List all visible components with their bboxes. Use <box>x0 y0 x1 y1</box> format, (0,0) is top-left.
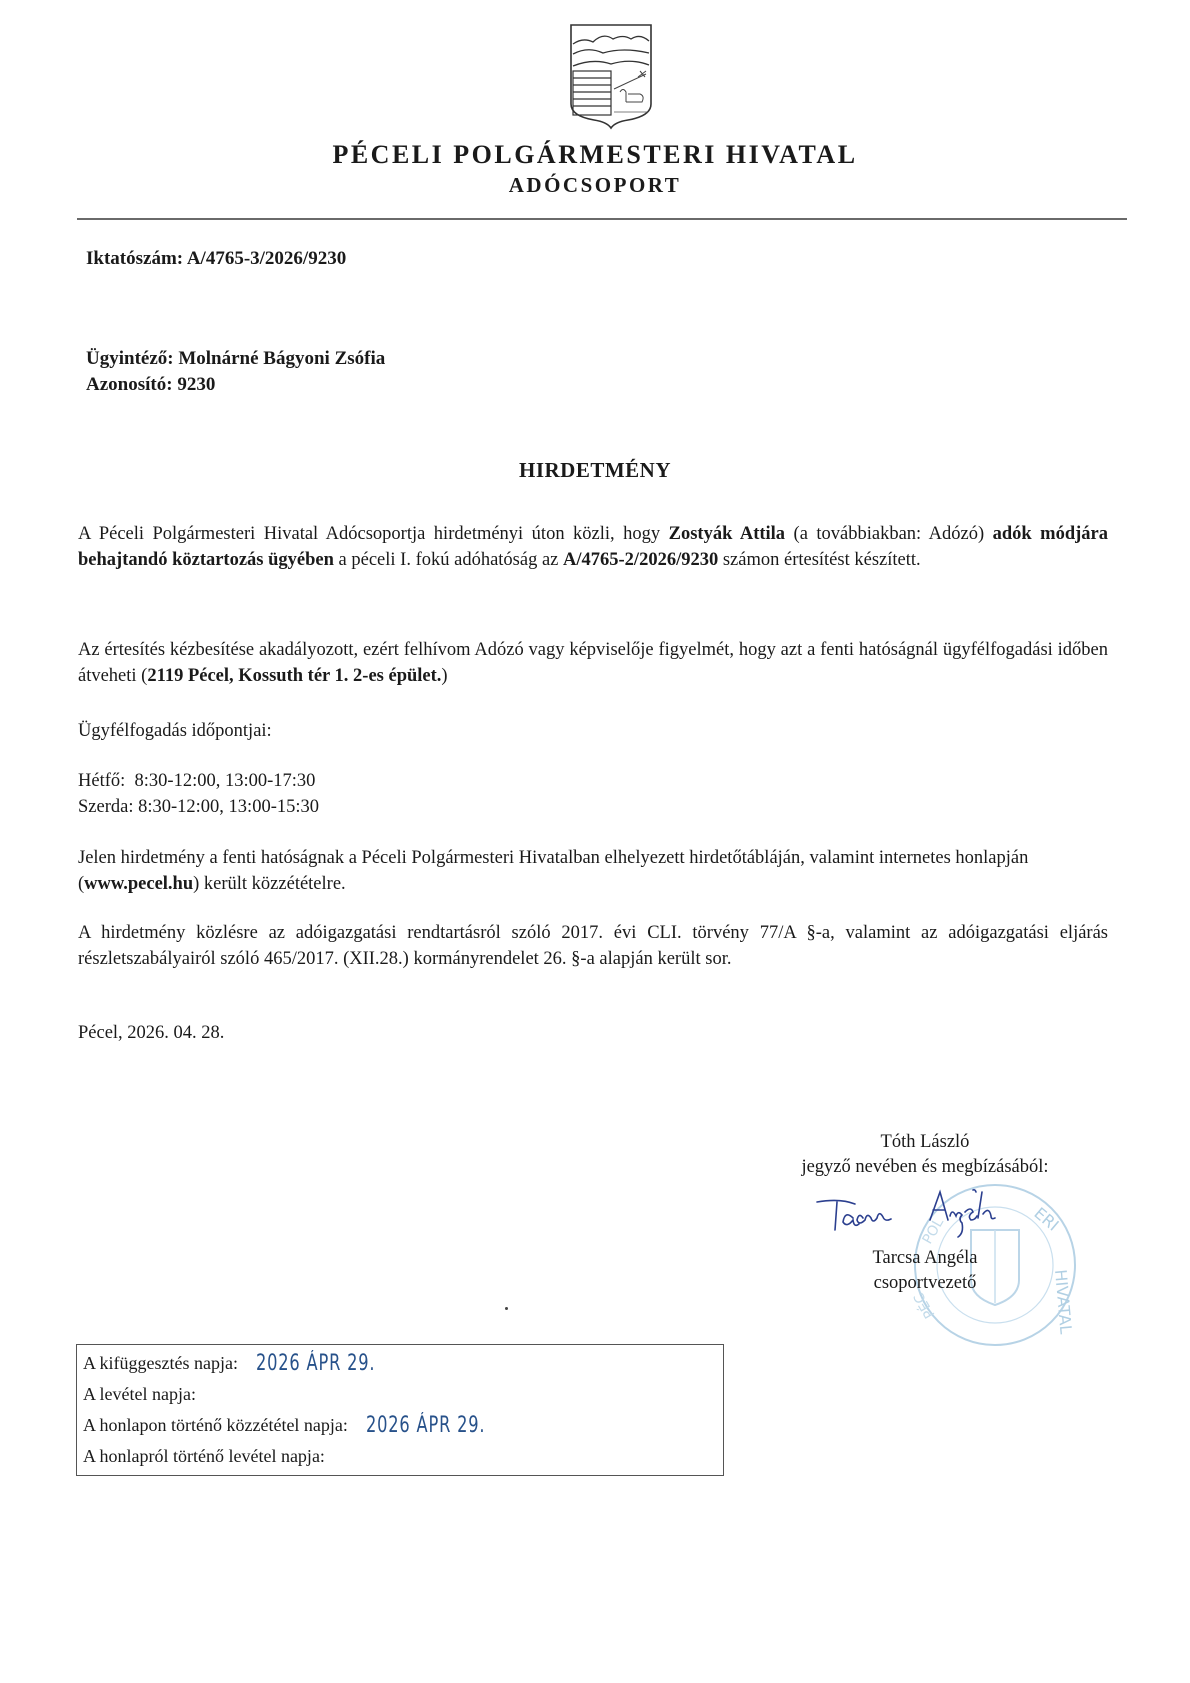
signer-title: csoportvezető <box>760 1271 1090 1296</box>
organization-name: PÉCELI POLGÁRMESTERI HIVATAL <box>0 140 1190 170</box>
taxpayer-name: Zostyák Attila <box>669 524 785 544</box>
date-stamp: 2026 ÁPR 29. <box>256 1351 375 1376</box>
posting-record-table: A kifüggesztés napja: 2026 ÁPR 29. A lev… <box>76 1344 724 1476</box>
registration-label: Iktatószám: <box>86 248 183 269</box>
web-publication-row: A honlapon történő közzététel napja: 202… <box>83 1410 717 1441</box>
scan-speck <box>505 1307 508 1310</box>
p1-text-1: A Péceli Polgármesteri Hivatal Adócsopor… <box>78 524 669 544</box>
day-label: Szerda: <box>78 797 133 817</box>
header-divider <box>77 218 1127 220</box>
p4-text-2: ) került közzétételre. <box>193 874 346 894</box>
date-stamp: 2026 ÁPR 29. <box>366 1413 485 1438</box>
signer-name: Tarcsa Angéla <box>760 1246 1090 1271</box>
row-label: A kifüggesztés napja: <box>83 1353 238 1374</box>
id-value: 9230 <box>177 374 215 395</box>
id-label: Azonosító: <box>86 374 173 395</box>
place-date: Pécel, 2026. 04. 28. <box>78 1020 224 1046</box>
paragraph-delivery: Az értesítés kézbesítése akadályozott, e… <box>78 637 1108 689</box>
p1-text-3: a péceli I. fokú adóhatóság az <box>334 550 563 570</box>
officer-label: Ügyintéző: <box>86 348 174 369</box>
row-label: A honlapon történő közzététel napja: <box>83 1415 348 1436</box>
case-officer: Ügyintéző: Molnárné Bágyoni Zsófia <box>86 348 385 370</box>
coat-of-arms-icon <box>568 22 654 130</box>
day-label: Hétfő: <box>78 771 125 791</box>
paragraph-legal-basis: A hirdetmény közlésre az adóigazgatási r… <box>78 920 1108 972</box>
office-address: 2119 Pécel, Kossuth tér 1. 2-es épület. <box>147 666 441 686</box>
p1-text-2: (a továbbiakban: Adózó) <box>785 524 993 544</box>
reference-number: A/4765-2/2026/9230 <box>563 550 718 570</box>
posting-row: A kifüggesztés napja: 2026 ÁPR 29. <box>83 1348 717 1379</box>
officer-name: Molnárné Bágyoni Zsófia <box>178 348 385 369</box>
office-hours-monday: Hétfő: 8:30-12:00, 13:00-17:30 <box>78 768 315 794</box>
registration-number: Iktatószám: A/4765-3/2026/9230 <box>86 248 346 270</box>
row-label: A honlapról történő levétel napja: <box>83 1446 325 1467</box>
officer-id: Azonosító: 9230 <box>86 374 215 396</box>
web-removal-row: A honlapról történő levétel napja: <box>83 1441 717 1472</box>
p1-text-4: számon értesítést készített. <box>718 550 920 570</box>
paragraph-publication: Jelen hirdetmény a fenti hatóságnak a Pé… <box>78 845 1108 897</box>
p2-text-2: ) <box>441 666 447 686</box>
registration-value: A/4765-3/2026/9230 <box>187 248 346 269</box>
paragraph-notice: A Péceli Polgármesteri Hivatal Adócsopor… <box>78 521 1108 573</box>
row-label: A levétel napja: <box>83 1384 196 1405</box>
svg-text:ERI: ERI <box>1030 1204 1062 1235</box>
document-title: HIRDETMÉNY <box>0 458 1190 483</box>
signature-principal: Tóth László <box>760 1130 1090 1155</box>
department-name: ADÓCSOPORT <box>0 173 1190 198</box>
office-hours-label: Ügyfélfogadás időpontjai: <box>78 718 272 744</box>
hours-value: 8:30-12:00, 13:00-15:30 <box>138 797 319 817</box>
hours-value: 8:30-12:00, 13:00-17:30 <box>135 771 316 791</box>
website-link[interactable]: www.pecel.hu <box>84 874 193 894</box>
removal-row: A levétel napja: <box>83 1379 717 1410</box>
handwritten-signature-icon <box>815 1188 1025 1240</box>
office-hours-wednesday: Szerda: 8:30-12:00, 13:00-15:30 <box>78 794 319 820</box>
